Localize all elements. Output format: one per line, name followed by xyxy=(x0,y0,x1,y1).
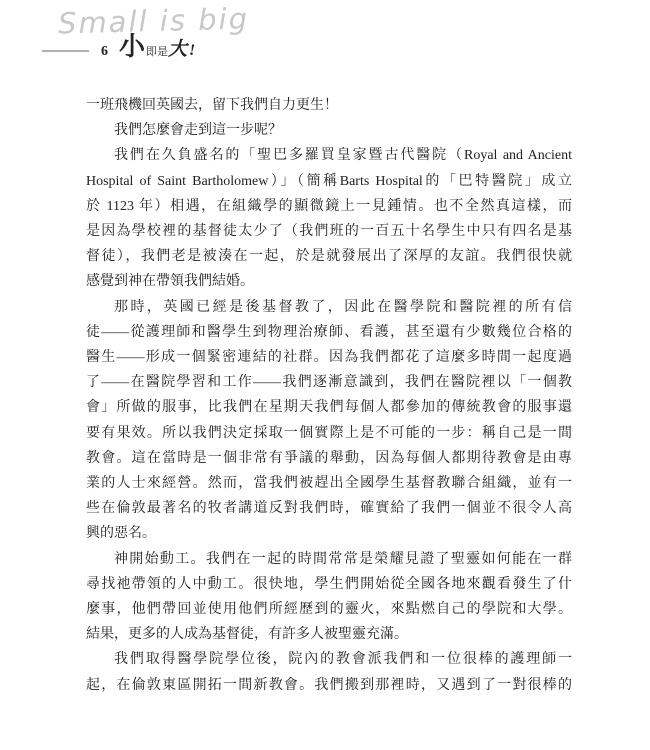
chapter-title: 6小即是大! xyxy=(101,33,195,62)
page-number: 6 xyxy=(101,44,108,59)
text-line: 於 1123 年）相遇，在組織學的顯微鏡上一見鍾情。也不全然真這樣，而 xyxy=(86,194,572,219)
title-char-small: 小 xyxy=(119,32,145,61)
text-line: 麼事，他們帶回並使用他們所經歷到的靈火，來點燃自己的學院和大學。 xyxy=(86,597,572,622)
header-rule xyxy=(42,50,89,52)
text-line: 我們取得醫學院學位後，院內的教會派我們和一位很棒的護理師一 xyxy=(86,647,572,672)
title-mid-text: 即是 xyxy=(146,46,168,58)
text-line: 業的人士來經營。然而，當我們被趕出全國學生基督教聯合組織，並有一 xyxy=(86,471,572,496)
text-line: 一班飛機回英國去，留下我們自力更生！ xyxy=(86,93,572,118)
title-exclamation: ! xyxy=(189,42,195,59)
text-line: 我們怎麼會走到這一步呢？ xyxy=(86,118,572,143)
text-line: 醫生——形成一個緊密連結的社群。因為我們都花了這麼多時間一起度過 xyxy=(86,345,572,370)
text-line: 起，在倫敦東區開拓一間新教會。我們搬到那裡時，又遇到了一對很棒的 xyxy=(86,673,572,698)
text-line: 那時，英國已經是後基督教了，因此在醫學院和醫院裡的所有信 xyxy=(86,295,572,320)
text-line: 是因為學校裡的基督徒太少了（我們班的一百五十名學生中只有四名是基 xyxy=(86,219,572,244)
text-line: 神開始動工。我們在一起的時間常常是榮耀見證了聖靈如何能在一群 xyxy=(86,547,572,572)
text-line: 尋找祂帶領的人中動工。很快地，學生們開始從全國各地來觀看發生了什 xyxy=(86,572,572,597)
title-char-big: 大 xyxy=(168,39,187,60)
text-line: 了——在醫院學習和工作——我們逐漸意識到，我們在醫院裡以「一個教 xyxy=(86,370,572,395)
text-line: 感覺到神在帶領我們結婚。 xyxy=(86,269,572,294)
text-line: 徒——從護理師和醫學生到物理治療師、看護，甚至還有少數幾位合格的 xyxy=(86,320,572,345)
body-text: 一班飛機回英國去，留下我們自力更生！我們怎麼會走到這一步呢？我們在久負盛名的「聖… xyxy=(86,93,572,698)
text-line: 會」所做的服事，比我們在星期天我們每個人都參加的傳統教會的服事還 xyxy=(86,395,572,420)
text-line: Hospital of Saint Bartholomew）」（簡稱Barts … xyxy=(86,169,572,194)
book-page: Small is big 6小即是大! 一班飛機回英國去，留下我們自力更生！我們… xyxy=(0,0,650,750)
text-line: 些在倫敦最著名的牧者講道反對我們時，確實給了我們一個並不很令人高 xyxy=(86,496,572,521)
text-line: 督徒），我們老是被湊在一起，於是就發展出了深厚的友誼。我們很快就 xyxy=(86,244,572,269)
text-line: 我們在久負盛名的「聖巴多羅買皇家暨古代醫院（Royal and Ancient xyxy=(86,143,572,168)
text-line: 結果，更多的人成為基督徒，有許多人被聖靈充滿。 xyxy=(86,622,572,647)
text-line: 要有果效。所以我們決定採取一個實際上是不可能的一步：稱自己是一間 xyxy=(86,421,572,446)
text-line: 興的惡名。 xyxy=(86,521,572,546)
text-line: 教會。這在當時是一個非常有爭議的舉動，因為每個人都期待教會是由專 xyxy=(86,446,572,471)
